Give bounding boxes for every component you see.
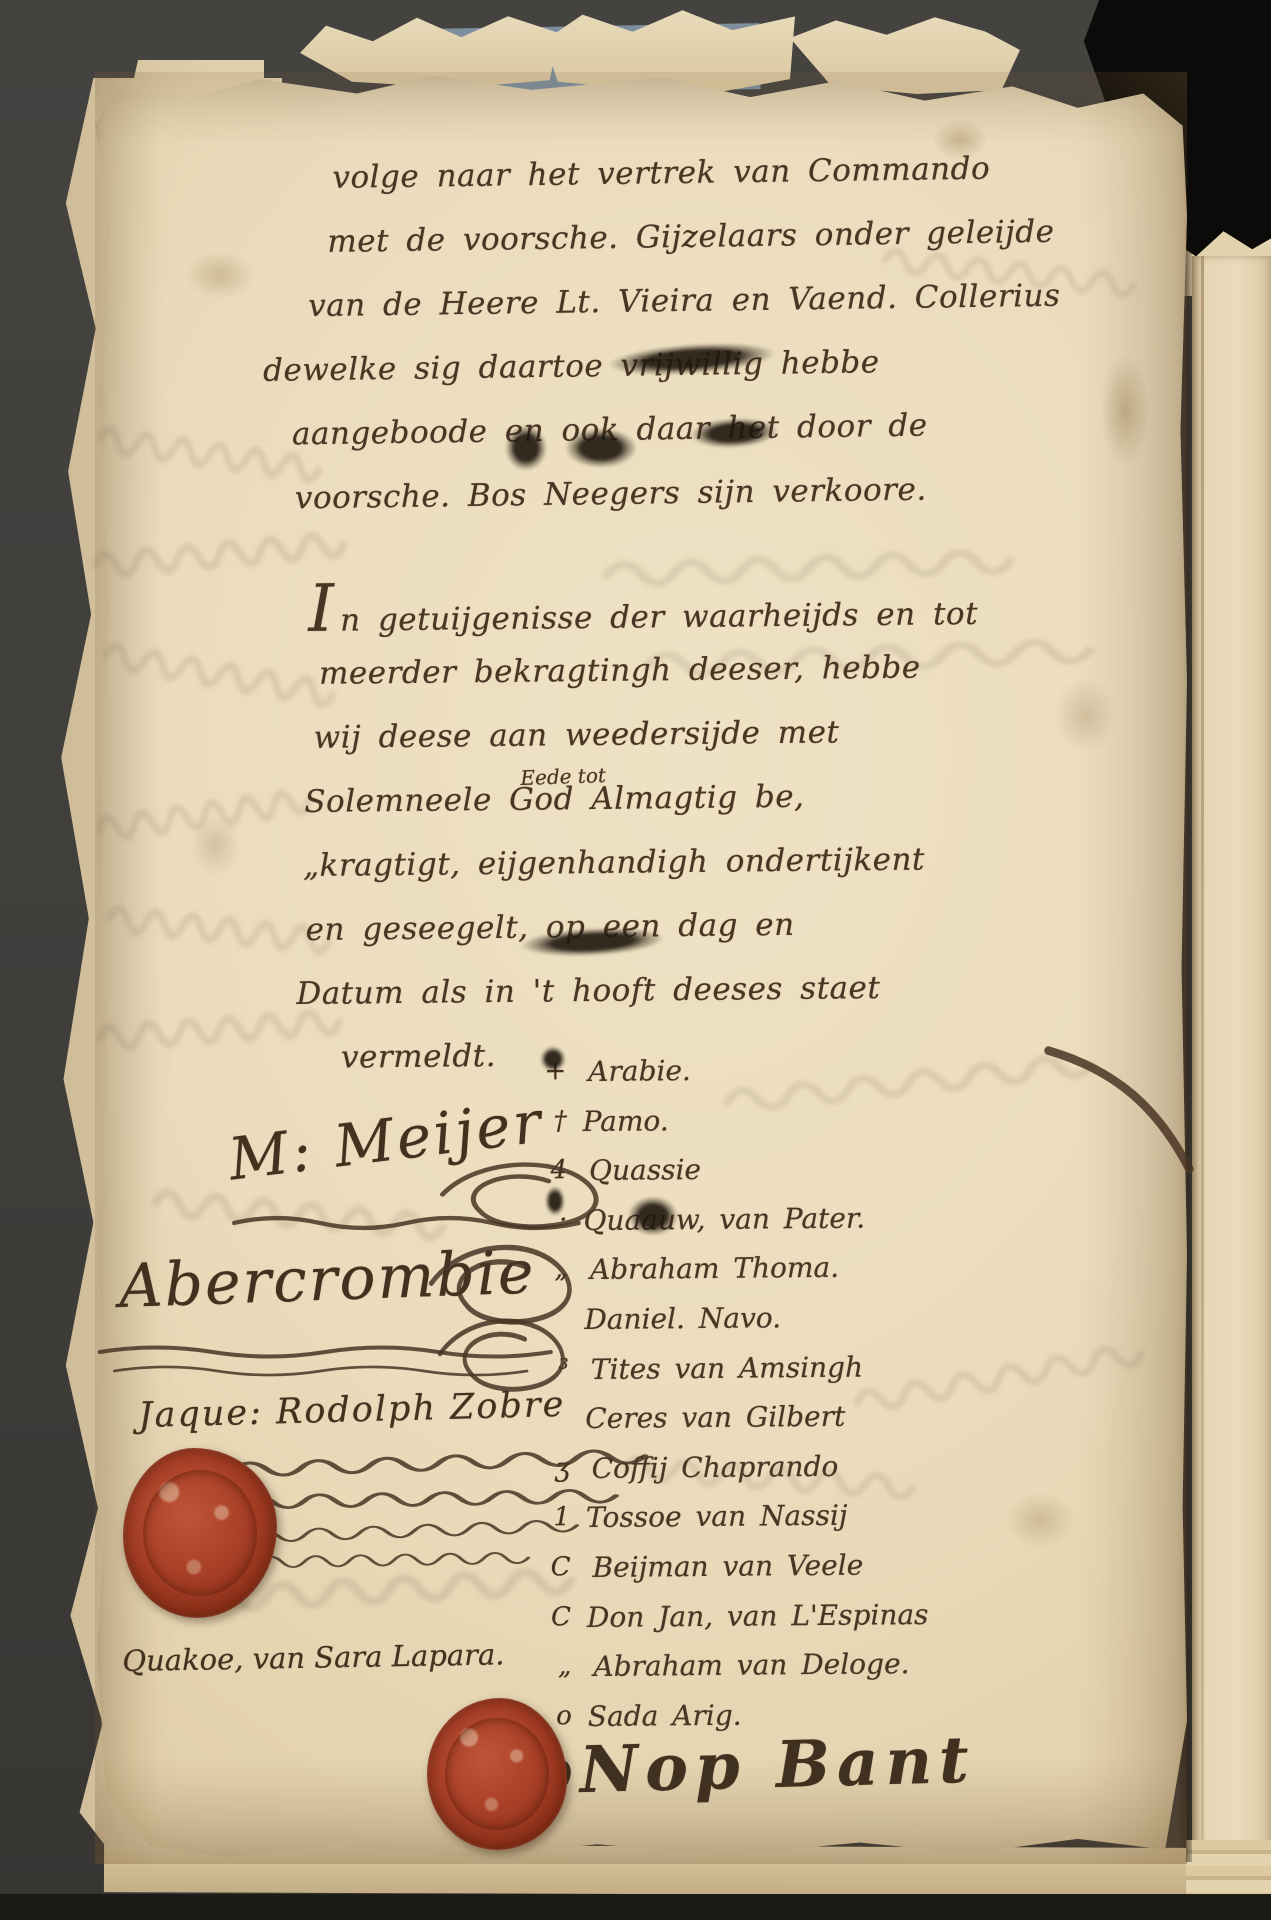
manuscript-line: In getuijgenisse der waarheijds en tot [308,571,978,642]
torn-fragment [300,10,560,88]
archival-photo: volge naar het vertrek van Commandomet d… [0,0,1271,1920]
manuscript-line: Solemneele God Almagtig be, [304,763,980,834]
signer-name-row: „ Abraham van Deloge. [475,1639,929,1693]
manuscript-line: met de voorsche. Gijzelaars onder geleij… [327,200,1060,274]
ink-blot [540,1046,566,1072]
signer-name: Don Jan, van L'Espinas [587,1590,929,1643]
paragraph-2: In getuijgenisse der waarheijds en totme… [300,571,983,1090]
signature-underline [230,1212,590,1234]
signer-name: Tossoe van Nassij [586,1491,848,1543]
signer-name: Abraham Thoma. [590,1243,840,1295]
ink-blot [628,1196,678,1236]
signer-name: Ceres van Gilbert [585,1392,846,1444]
manuscript-line: volge naar het vertrek van Commando [332,136,1059,210]
signer-name: Pamo. [582,1096,669,1146]
signing-mark: C [475,1593,587,1644]
manuscript-line: meerder bekragtingh deeser, hebbe [319,635,979,706]
signer-name: Beijman van Veele [592,1541,863,1593]
flourish-swash [1040,1042,1200,1182]
manuscript-line: Datum als in 't hooft deeses staet [296,955,982,1026]
manuscript-line: van de Heere Lt. Vieira en Vaend. Coller… [308,264,1061,338]
signer-name: Abraham van Deloge. [593,1639,909,1691]
red-wax-seal-bottom [427,1698,567,1850]
signer-name-row: C Beijman van Veele [474,1540,928,1594]
paragraph-1: volge naar het vertrek van Commandomet d… [320,136,1064,530]
manuscript-line: voorsche. Bos Neegers sijn verkoore. [294,456,1063,531]
manuscript-line: en geseegelt, op een dag en [305,891,981,962]
ink-blot [505,425,547,471]
ink-blot [545,1186,565,1216]
signer-name-row: C Don Jan, van L'Espinas [475,1590,929,1644]
torn-fragment [790,14,1020,94]
flourish-zigzag [255,1546,535,1575]
signer-name: Tites van Amsingh [591,1342,864,1394]
signature-quakoe: Quakoe, van Sara Lapara. [122,1637,505,1678]
signature-underline [110,1362,540,1380]
manuscript-line: wij deese aan weedersijde met [313,699,979,770]
ink-blot [565,428,637,468]
signature-underline [95,1342,565,1362]
book-fore-edge-strip [1192,256,1271,1856]
signer-name: Arabie. [588,1046,691,1096]
manuscript-line: aangeboode en ook daar het door de [292,392,1063,467]
manuscript-line: „kragtigt, eijgenhandigh ondertijkent [303,827,981,898]
background-shadow-bottom [0,1894,1271,1920]
interlinear-insertion: Eede tot [520,763,606,790]
signer-name: Daniel. Navo. [584,1293,781,1344]
